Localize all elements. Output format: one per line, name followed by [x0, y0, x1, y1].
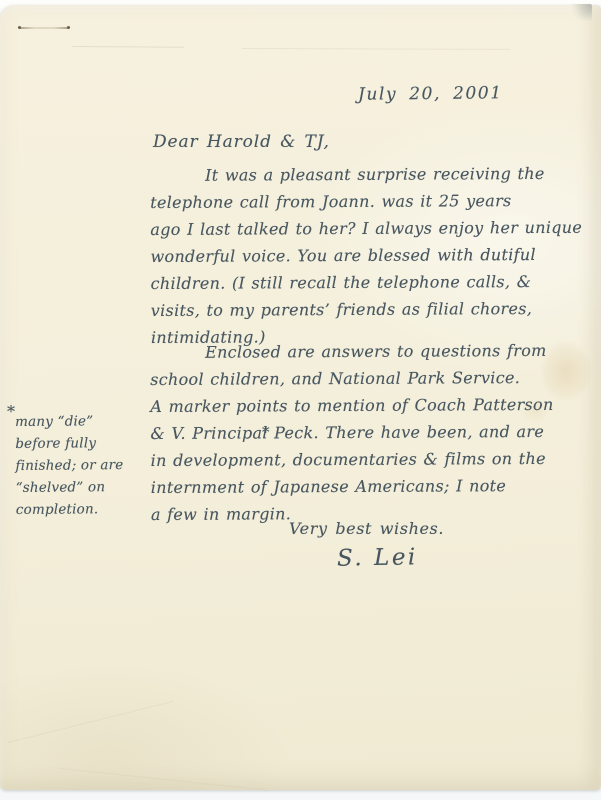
margin-note-asterisk: * — [7, 402, 15, 421]
closing-line: Very best wishes. — [289, 519, 444, 538]
signature: S. Lei — [337, 544, 418, 571]
letter-date: July 20, 2001 — [358, 83, 503, 105]
footnote-asterisk: * — [262, 423, 270, 441]
scanned-letter-page: July 20, 2001 Dear Harold & TJ, It was a… — [0, 0, 601, 800]
paragraph-1: It was a pleasant surprise receiving the… — [150, 160, 601, 351]
paragraph-2: Enclosed are answers to questions from s… — [150, 337, 601, 528]
salutation: Dear Harold & TJ, — [153, 132, 330, 152]
staple-mark — [19, 27, 69, 29]
margin-note: many “die” before fully finished; or are… — [15, 410, 148, 521]
